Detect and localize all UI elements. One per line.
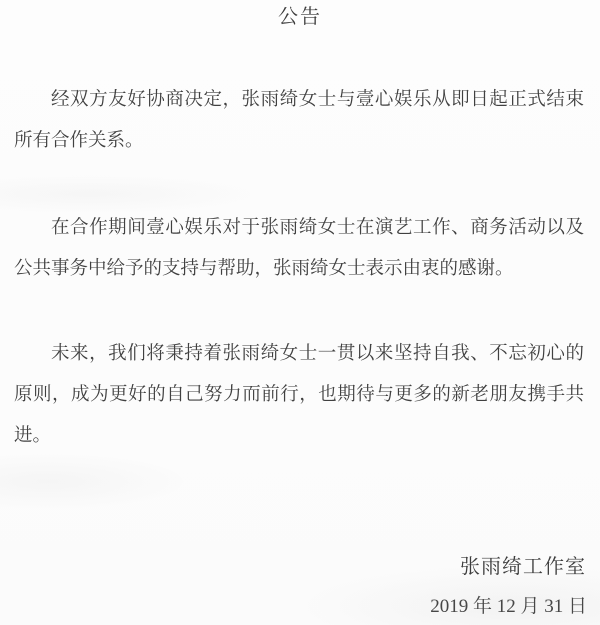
paragraph-1: 经双方友好协商决定，张雨绮女士与壹心娱乐从即日起正式结束 所有合作关系。 (0, 78, 600, 160)
paragraph-3: 未来，我们将秉持着张雨绮女士一贯以来坚持自我、不忘初心的 原则，成为更好的自己努… (0, 332, 600, 455)
announcement-title: 公告 (0, 0, 600, 34)
announcement-document: 公告 经双方友好协商决定，张雨绮女士与壹心娱乐从即日起正式结束 所有合作关系。 … (0, 0, 600, 625)
paragraph-line: 未来，我们将秉持着张雨绮女士一贯以来坚持自我、不忘初心的 (14, 332, 584, 373)
date: 2019 年 12 月 31 日 (0, 592, 600, 622)
paragraph-line: 公共事务中给予的支持与帮助，张雨绮女士表示由衷的感谢。 (14, 247, 584, 288)
paragraph-line: 所有合作关系。 (14, 119, 584, 160)
paragraph-line: 经双方友好协商决定，张雨绮女士与壹心娱乐从即日起正式结束 (14, 78, 584, 119)
paragraph-line: 进。 (14, 414, 584, 455)
paragraph-line: 原则，成为更好的自己努力而前行，也期待与更多的新老朋友携手共 (14, 373, 584, 414)
paragraph-2: 在合作期间壹心娱乐对于张雨绮女士在演艺工作、商务活动以及 公共事务中给予的支持与… (0, 206, 600, 288)
signature: 张雨绮工作室 (0, 552, 600, 582)
paragraph-line: 在合作期间壹心娱乐对于张雨绮女士在演艺工作、商务活动以及 (14, 206, 584, 247)
